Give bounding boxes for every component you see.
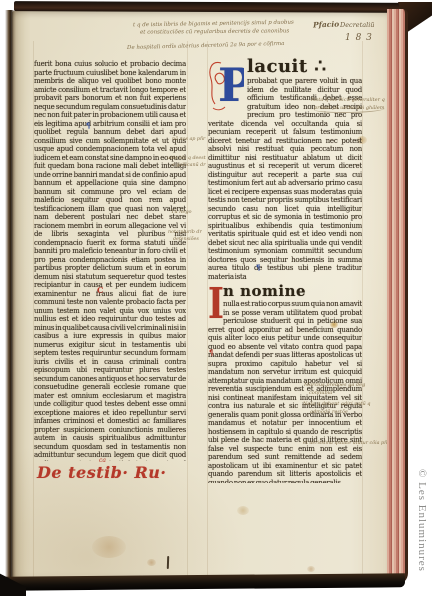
- binding-bottom-edge: [3, 573, 405, 591]
- stain: [237, 506, 249, 515]
- gutter-note: e gallicanũ dr: [172, 163, 206, 168]
- copyright-credit: © Les Enluminures: [416, 469, 428, 572]
- top-annotation-title: Decretaliũ: [340, 21, 374, 29]
- illuminated-initial-p: P: [208, 58, 244, 112]
- paraph-mark-red: ¶: [209, 348, 213, 357]
- right-margin-note: connubia: [309, 390, 332, 396]
- gutter-note: nã uos ap pñr: [172, 137, 205, 142]
- illuminated-initial-i: I: [208, 283, 221, 321]
- initial-p-artwork: P: [208, 58, 244, 112]
- right-margin-note: et uerissima qsitate utũtur cõia pñt: [303, 441, 389, 446]
- initial-p-letter: P: [218, 58, 244, 112]
- right-margin-note: Marcius predões ga deg: [304, 382, 365, 388]
- stain: [147, 559, 156, 566]
- gutter-note: nota plurib dr: [168, 230, 202, 235]
- gutter-note: uide hĩc q deest: [167, 156, 206, 161]
- rubric-superscript: ca: [99, 457, 106, 464]
- fore-edge-pages: [387, 9, 408, 585]
- gutter-note: defensiões: [173, 237, 199, 242]
- rubric-de-testibus: De testib· Ru·: [37, 463, 167, 482]
- text-column-left: fuerit bona cuius solucio et probacio de…: [34, 60, 186, 461]
- manuscript-photo: t q de istis libris de bigamis et penite…: [0, 0, 434, 600]
- stain: [92, 536, 126, 558]
- text-column-right-a: P lacuit ∴ probabat que parere voluit in…: [208, 57, 362, 283]
- right-margin-note: admodũ restõe: [310, 409, 348, 415]
- ruling-line: [187, 41, 188, 581]
- paraph-mark-blue: ¶: [256, 263, 260, 272]
- initial-i-letter: I: [208, 283, 221, 326]
- binding-top-edge: [14, 1, 422, 13]
- right-margin-note: Nota q hic dicit generaliter q: [311, 97, 385, 103]
- ruling-line: [362, 41, 363, 581]
- initial-c-red: C: [97, 285, 103, 295]
- folio-number: 1 8 3: [345, 33, 373, 43]
- right-margin-note: Nota q debent adiri uotũ q: [303, 401, 371, 407]
- top-annotation-signature: Pfacio: [313, 20, 339, 30]
- gutter-shadow: [5, 10, 16, 580]
- heading-in-nomine: n nomine: [208, 283, 362, 300]
- gutter-note: Tu nego: [171, 209, 192, 215]
- paraph-mark-blue: ¶: [86, 121, 90, 130]
- stain: [307, 566, 315, 572]
- right-column-text-b: nulla est ratio corpus suum quia non ama…: [208, 300, 362, 483]
